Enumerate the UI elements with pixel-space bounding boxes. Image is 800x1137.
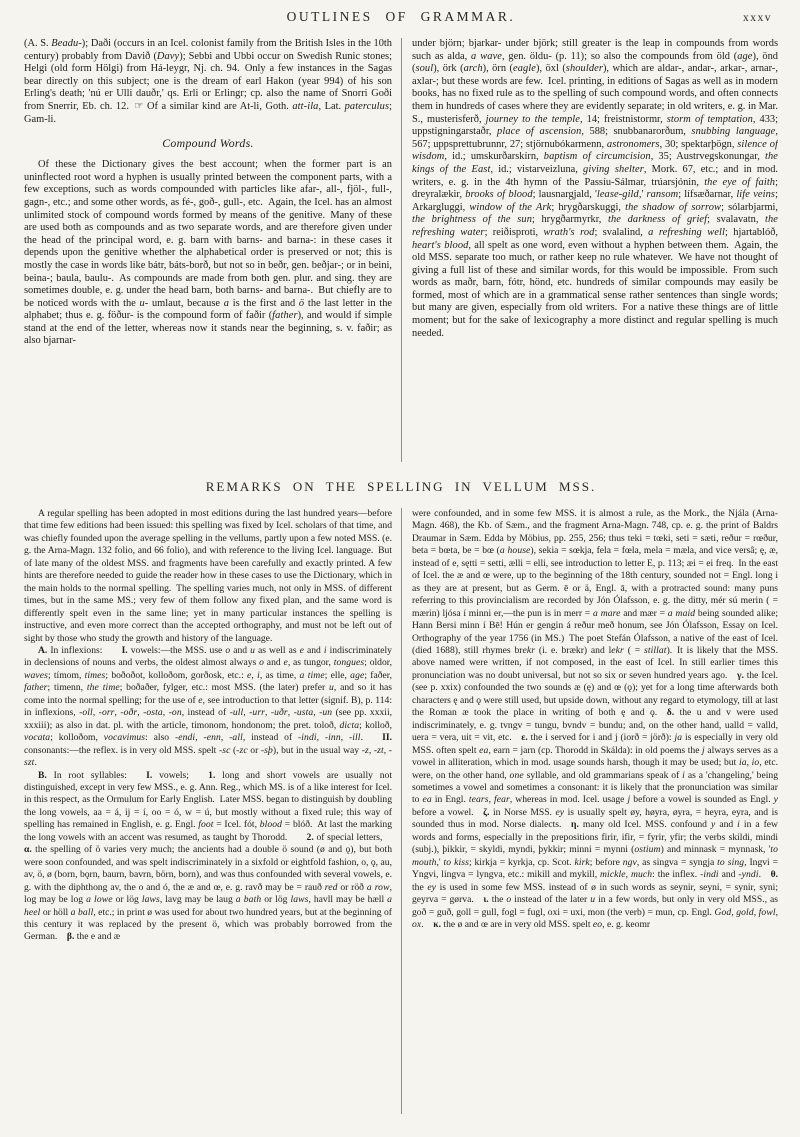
- left-column: (A. S. Beadu-); Daði (occurs in an Icel.…: [24, 38, 401, 462]
- scanned-book-page: OUTLINES OF GRAMMAR. xxxv (A. S. Beadu-)…: [0, 0, 800, 1137]
- body-paragraph: were confounded, and in some few MSS. it…: [412, 508, 778, 931]
- section-remarks-on-spelling: A regular spelling has been adopted in m…: [24, 508, 778, 1114]
- body-paragraph: Of these the Dictionary gives the best a…: [24, 159, 392, 348]
- running-header: OUTLINES OF GRAMMAR. xxxv: [24, 9, 778, 31]
- body-paragraph: A. In inflexions: I. vowels:—the MSS. us…: [24, 645, 392, 770]
- body-paragraph: A regular spelling has been adopted in m…: [24, 508, 392, 645]
- section-heading-vellum-mss: REMARKS ON THE SPELLING IN VELLUM MSS.: [24, 479, 778, 495]
- right-column: were confounded, and in some few MSS. it…: [401, 508, 778, 1114]
- body-paragraph: under björn; bjarkar- under björk; still…: [412, 38, 778, 340]
- body-paragraph: (A. S. Beadu-); Daði (occurs in an Icel.…: [24, 38, 392, 126]
- left-column: A regular spelling has been adopted in m…: [24, 508, 401, 1114]
- section-outlines-of-grammar: (A. S. Beadu-); Daði (occurs in an Icel.…: [24, 38, 778, 462]
- page-title: OUTLINES OF GRAMMAR.: [24, 9, 778, 25]
- right-column: under björn; bjarkar- under björk; still…: [401, 38, 778, 462]
- body-paragraph: B. In root syllables: I. vowels; 1. long…: [24, 770, 392, 944]
- page-number: xxxv: [743, 12, 772, 24]
- compound-words-heading: Compound Words.: [24, 136, 392, 151]
